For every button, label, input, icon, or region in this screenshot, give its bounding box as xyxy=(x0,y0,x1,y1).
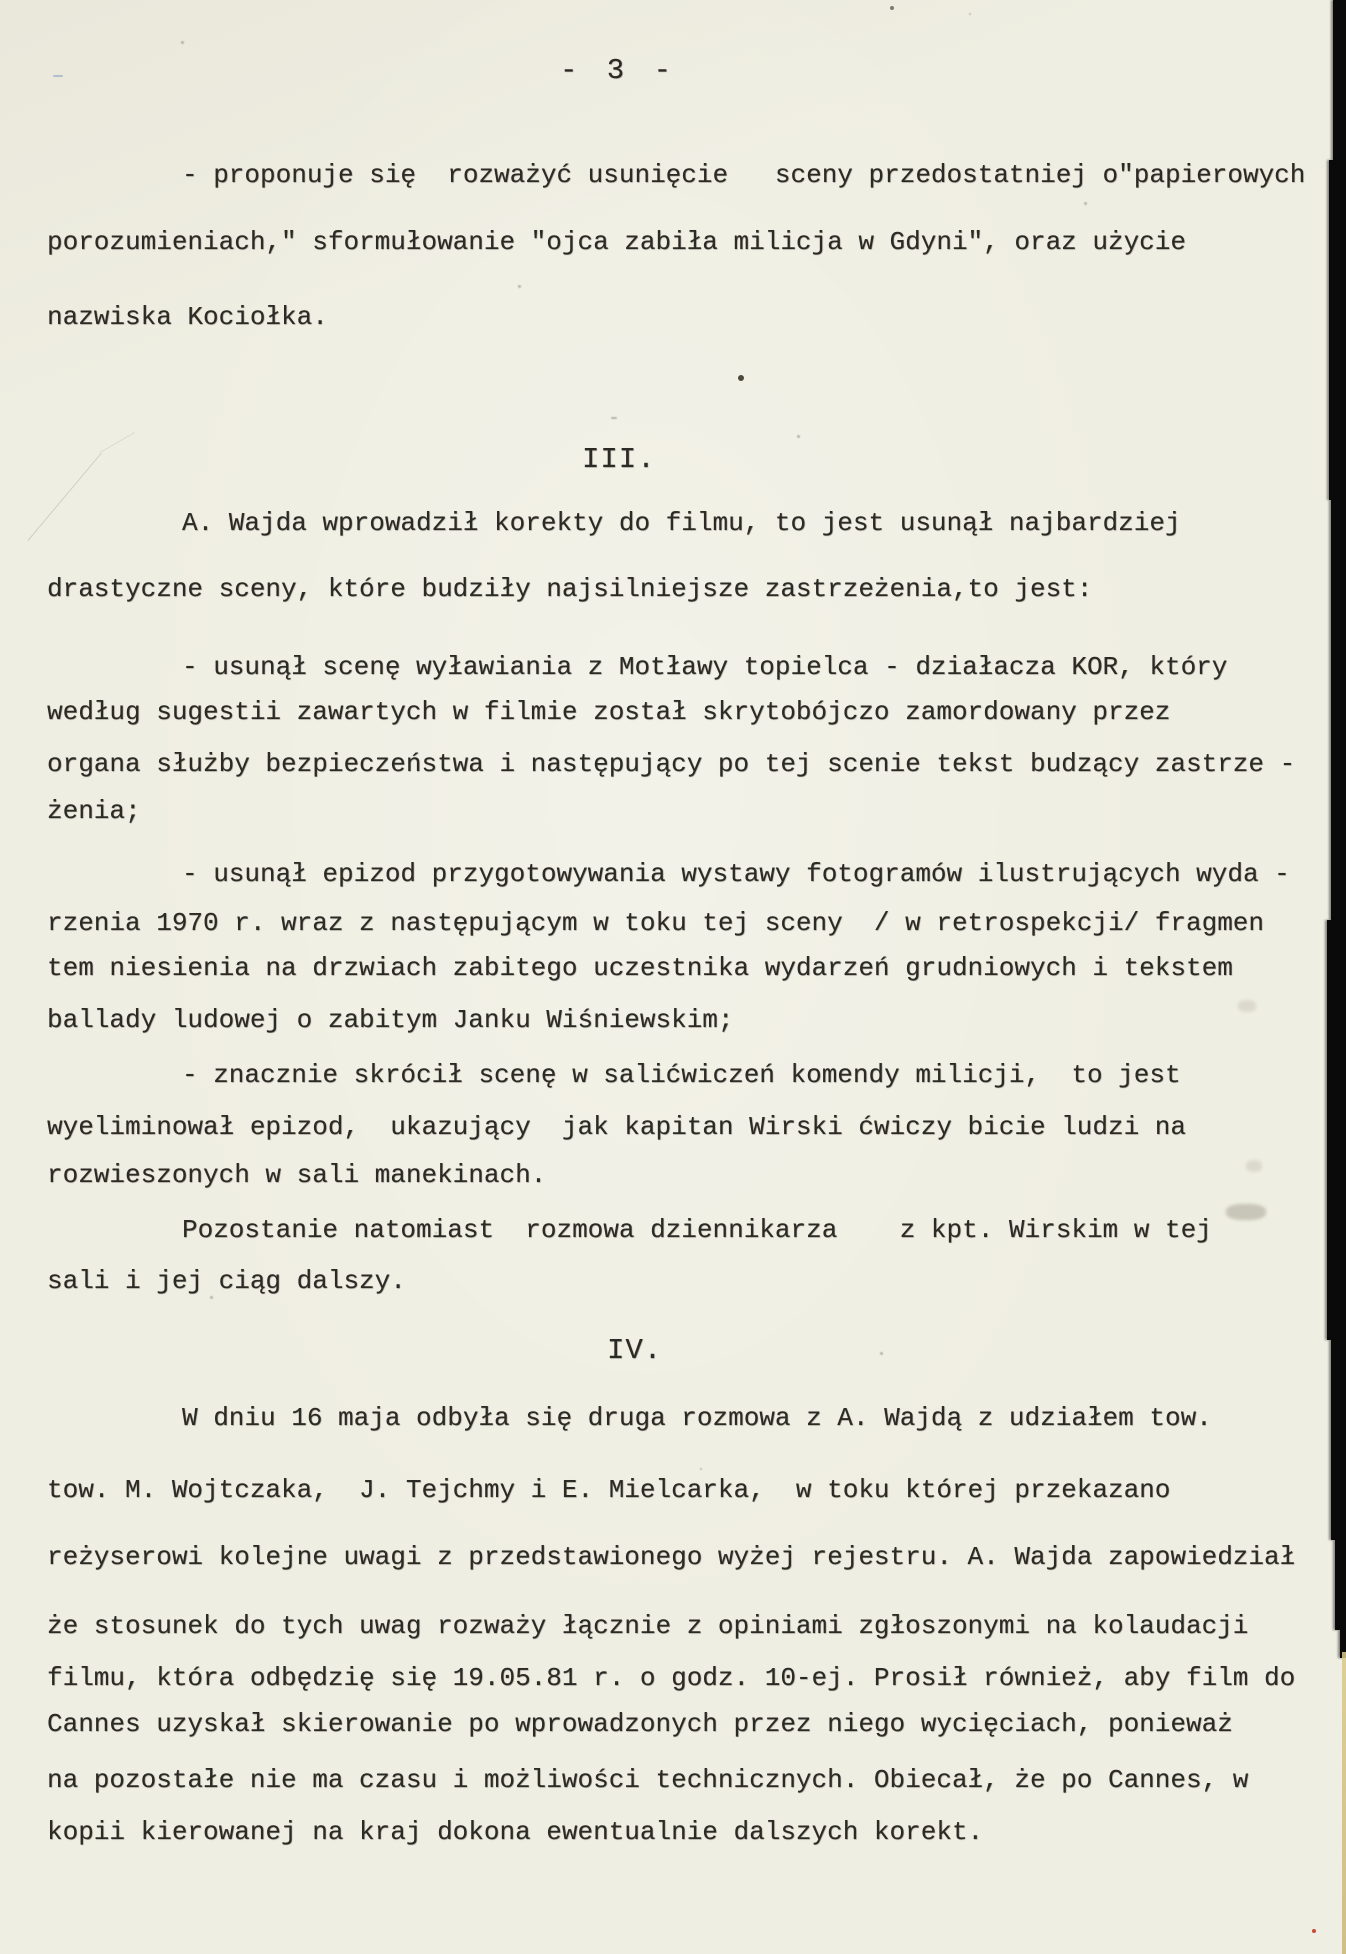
paper-speck xyxy=(210,1296,213,1299)
paper-speck xyxy=(969,13,971,15)
text-line: że stosunek do tych uwag rozważy łącznie… xyxy=(47,1609,1248,1643)
scan-edge-strip xyxy=(1327,920,1346,1340)
text-line: żenia; xyxy=(47,794,141,828)
text-line: Pozostanie natomiast rozmowa dziennikarz… xyxy=(182,1213,1212,1247)
paper-speck xyxy=(53,75,63,77)
scan-edge-strip xyxy=(1329,160,1346,500)
text-line: rozwieszonych w sali manekinach. xyxy=(47,1158,546,1192)
text-line: sali i jej ciąg dalszy. xyxy=(47,1264,406,1298)
text-line: - usunął scenę wyławiania z Motławy topi… xyxy=(182,650,1227,684)
paper-speck xyxy=(518,285,521,288)
scan-edge-strip xyxy=(1335,1540,1346,1630)
text-line: - usunął epizod przygotowywania wystawy … xyxy=(182,857,1290,891)
text-line: na pozostałe nie ma czasu i możliwości t… xyxy=(47,1763,1248,1797)
text-line: reżyserowi kolejne uwagi z przedstawione… xyxy=(47,1540,1295,1574)
paper-speck xyxy=(890,6,894,10)
text-line: rzenia 1970 r. wraz z następującym w tok… xyxy=(47,906,1264,940)
scan-edge-strip xyxy=(1333,0,1346,160)
scan-edge-strip xyxy=(1331,500,1346,920)
paper-speck xyxy=(700,1468,702,1470)
text-line: tow. M. Wojtczaka, J. Tejchmy i E. Mielc… xyxy=(47,1473,1170,1507)
text-line: porozumieniach," sformułowanie "ojca zab… xyxy=(47,225,1186,259)
text-line: Cannes uzyskał skierowanie po wprowadzon… xyxy=(47,1707,1233,1741)
text-line: - znacznie skrócił scenę w salićwiczeń k… xyxy=(182,1058,1181,1092)
text-line: organa służby bezpieczeństwa i następują… xyxy=(47,747,1295,781)
page-number: - 3 - xyxy=(560,54,671,88)
correction-smudge xyxy=(1238,1000,1256,1012)
correction-smudge xyxy=(1226,1204,1266,1220)
scan-edge-strip xyxy=(1331,1340,1346,1540)
text-line: kopii kierowanej na kraj dokona ewentual… xyxy=(47,1815,983,1849)
paper-crease xyxy=(28,453,102,541)
text-line: W dniu 16 maja odbyła się druga rozmowa … xyxy=(182,1401,1212,1435)
document-page: - 3 - - proponuje się rozważyć usunięcie… xyxy=(0,0,1346,1954)
paper-speck xyxy=(738,375,744,381)
paper-speck xyxy=(880,1352,883,1355)
section-heading-iv: IV. xyxy=(607,1334,662,1368)
paper-speck xyxy=(1312,1929,1316,1933)
text-line: A. Wajda wprowadził korekty do filmu, to… xyxy=(182,506,1181,540)
text-line: drastyczne sceny, które budziły najsilni… xyxy=(47,572,1092,606)
paper-speck xyxy=(1084,202,1087,205)
text-line: filmu, która odbędzię się 19.05.81 r. o … xyxy=(47,1661,1295,1695)
paper-speck xyxy=(435,1232,437,1234)
text-line: tem niesienia na drzwiach zabitego uczes… xyxy=(47,951,1233,985)
paper-crease xyxy=(100,432,135,453)
paper-speck xyxy=(181,41,184,44)
text-line: wyeliminował epizod, ukazujący jak kapit… xyxy=(47,1110,1186,1144)
text-line: ballady ludowej o zabitym Janku Wiśniews… xyxy=(47,1003,734,1037)
text-line: nazwiska Kociołka. xyxy=(47,300,328,334)
paper-speck xyxy=(797,435,800,438)
text-line: - proponuje się rozważyć usunięcie sceny… xyxy=(182,158,1305,192)
text-line: według sugestii zawartych w filmie zosta… xyxy=(47,695,1170,729)
page-edge-line xyxy=(1342,1652,1346,1954)
section-heading-iii: III. xyxy=(582,443,656,477)
paper-speck xyxy=(611,417,617,419)
correction-smudge xyxy=(1246,1160,1262,1172)
